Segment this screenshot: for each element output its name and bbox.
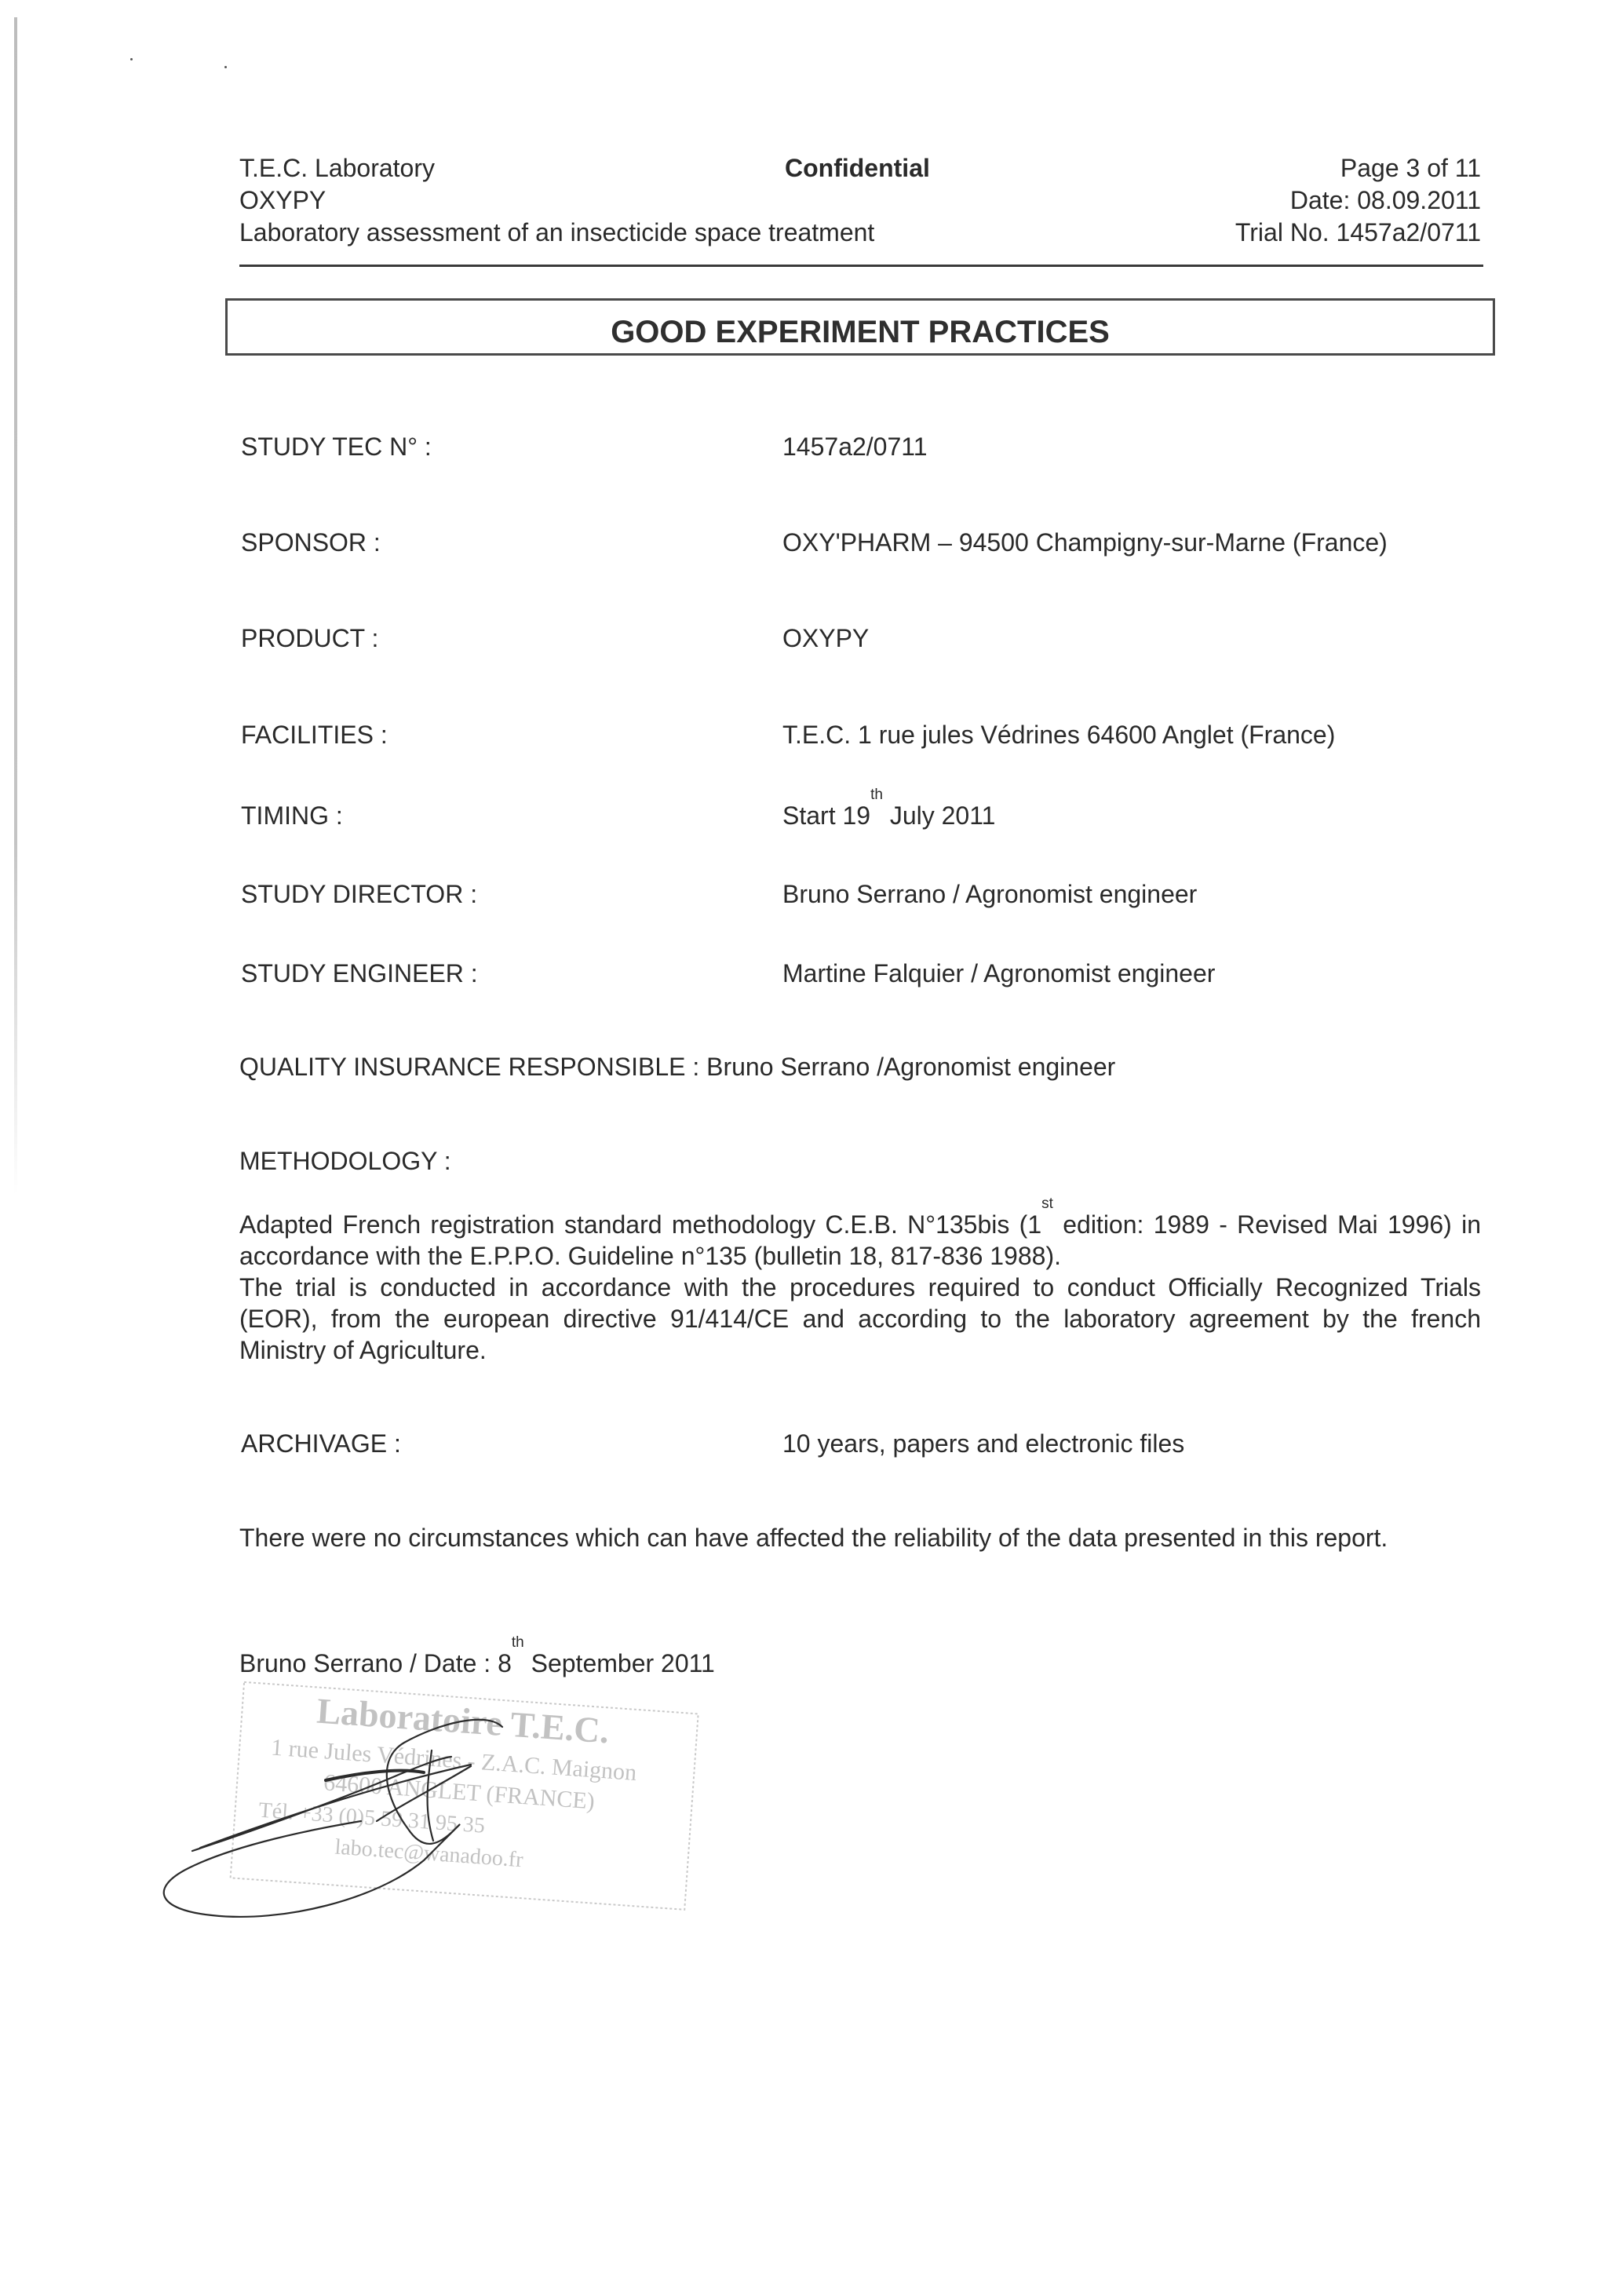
lab-name: T.E.C. Laboratory <box>239 152 874 184</box>
scan-speck <box>130 58 133 60</box>
field-label: STUDY DIRECTOR : <box>241 878 477 910</box>
reliability-statement: There were no circumstances which can ha… <box>239 1522 1481 1553</box>
report-subject: Laboratory assessment of an insecticide … <box>239 217 874 249</box>
ordinal-suffix: th <box>870 787 883 803</box>
field-label: ARCHIVAGE : <box>241 1428 401 1459</box>
timing-start: Start 19 <box>782 801 870 830</box>
field-value: OXY'PHARM – 94500 Champigny-sur-Marne (F… <box>782 527 1388 558</box>
header-left: T.E.C. Laboratory OXYPY Laboratory asses… <box>239 152 874 249</box>
scan-edge <box>14 17 17 1195</box>
field-value: Start 19th July 2011 <box>782 800 995 831</box>
field-label: STUDY ENGINEER : <box>241 958 478 989</box>
field-value: Martine Falquier / Agronomist engineer <box>782 958 1215 989</box>
product-name: OXYPY <box>239 184 874 217</box>
methodology-label: METHODOLOGY : <box>239 1145 1481 1177</box>
scan-speck <box>224 66 227 68</box>
field-label: STUDY TEC N° : <box>241 431 432 462</box>
field-label: SPONSOR : <box>241 527 381 558</box>
stamp-and-signature: Laboratoire T.E.C. 1 rue Jules Védrines … <box>141 1680 722 1947</box>
methodology-p1-start: Adapted French registration standard met… <box>239 1210 1041 1239</box>
header-right: Page 3 of 11 Date: 08.09.2011 Trial No. … <box>1235 152 1481 249</box>
field-value: T.E.C. 1 rue jules Védrines 64600 Anglet… <box>782 719 1335 750</box>
svg-text:labo.tec@wanadoo.fr: labo.tec@wanadoo.fr <box>334 1835 525 1873</box>
field-value: OXYPY <box>782 622 869 654</box>
quality-responsible: QUALITY INSURANCE RESPONSIBLE : Bruno Se… <box>239 1051 1481 1082</box>
sign-off-line: Bruno Serrano / Date : 8th September 201… <box>239 1648 1481 1679</box>
field-value: 10 years, papers and electronic files <box>782 1428 1184 1459</box>
ordinal-suffix: th <box>512 1634 524 1651</box>
page-number: Page 3 of 11 <box>1235 152 1481 184</box>
section-title-box: GOOD EXPERIMENT PRACTICES <box>225 298 1495 356</box>
timing-month-year: July 2011 <box>883 801 996 830</box>
field-label: PRODUCT : <box>241 622 378 654</box>
field-label: TIMING : <box>241 800 343 831</box>
ordinal-suffix: st <box>1041 1195 1053 1212</box>
confidential-label: Confidential <box>785 152 930 184</box>
sign-off-month-year: September 2011 <box>524 1649 715 1677</box>
methodology-text: Adapted French registration standard met… <box>239 1209 1481 1366</box>
methodology-p2: The trial is conducted in accordance wit… <box>239 1273 1481 1364</box>
field-value: 1457a2/0711 <box>782 431 927 462</box>
field-value: Bruno Serrano / Agronomist engineer <box>782 878 1197 910</box>
header-divider <box>239 265 1483 267</box>
field-label: FACILITIES : <box>241 719 388 750</box>
sign-off-name-date: Bruno Serrano / Date : 8 <box>239 1649 512 1677</box>
trial-number: Trial No. 1457a2/0711 <box>1235 217 1481 249</box>
section-title: GOOD EXPERIMENT PRACTICES <box>611 315 1110 350</box>
lab-stamp-icon: Laboratoire T.E.C. 1 rue Jules Védrines … <box>141 1680 722 1947</box>
report-date: Date: 08.09.2011 <box>1235 184 1481 217</box>
